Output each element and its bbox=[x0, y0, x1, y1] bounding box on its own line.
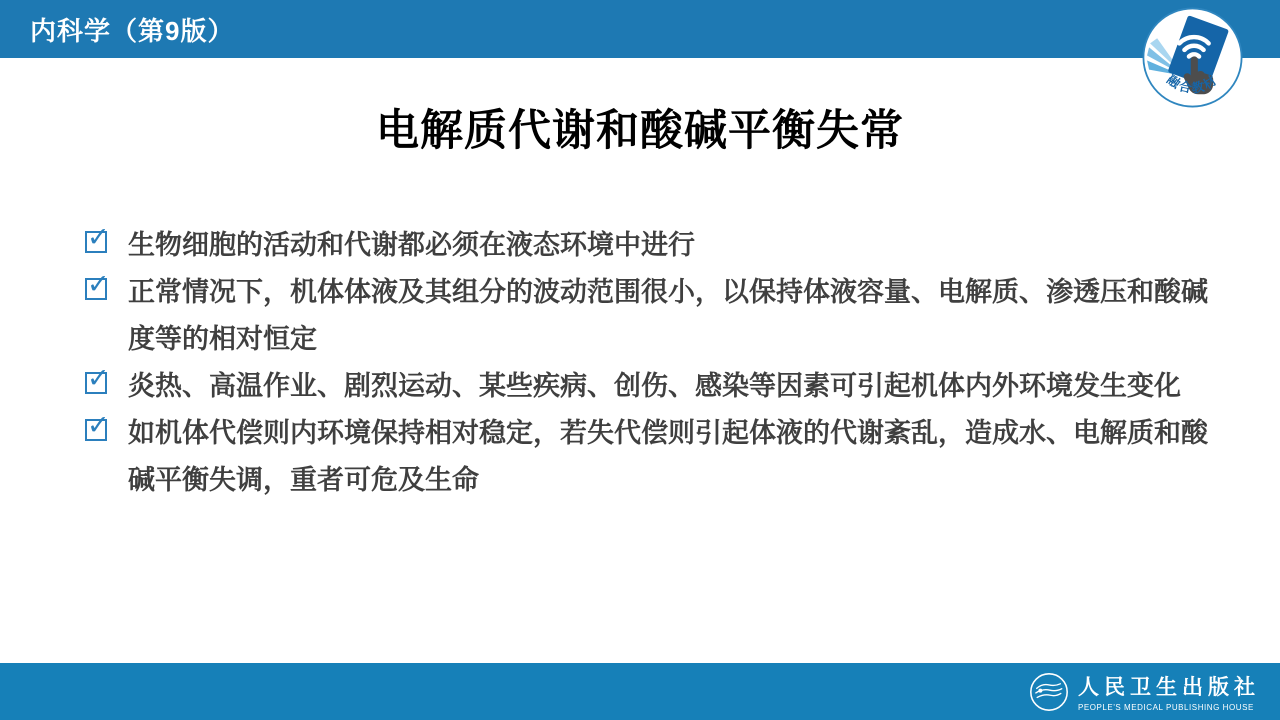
bullet-item: ✓ 如机体代偿则内环境保持相对稳定，若失代偿则引起体液的代谢紊乱，造成水、电解质… bbox=[85, 410, 1212, 504]
checkbox-icon: ✓ bbox=[85, 419, 107, 441]
bullet-item: ✓ 生物细胞的活动和代谢都必须在液态环境中进行 bbox=[85, 222, 1212, 269]
page-title: 电解质代谢和酸碱平衡失常 bbox=[0, 97, 1280, 158]
bullet-text: 正常情况下，机体体液及其组分的波动范围很小，以保持体液容量、电解质、渗透压和酸碱… bbox=[128, 269, 1212, 363]
bullet-text: 炎热、高温作业、剧烈运动、某些疾病、创伤、感染等因素可引起机体内外环境发生变化 bbox=[128, 363, 1212, 410]
publisher-logo: 人民卫生出版社 PEOPLE'S MEDICAL PUBLISHING HOUS… bbox=[1029, 671, 1260, 712]
checkbox-icon: ✓ bbox=[85, 372, 107, 394]
header-bar: 内科学（第9版） bbox=[0, 0, 1280, 58]
publisher-name-en: PEOPLE'S MEDICAL PUBLISHING HOUSE bbox=[1078, 703, 1254, 712]
bullet-list: ✓ 生物细胞的活动和代谢都必须在液态环境中进行 ✓ 正常情况下，机体体液及其组分… bbox=[85, 222, 1212, 504]
publisher-emblem-icon bbox=[1029, 672, 1069, 712]
publisher-name: 人民卫生出版社 PEOPLE'S MEDICAL PUBLISHING HOUS… bbox=[1078, 671, 1260, 712]
checkbox-icon: ✓ bbox=[85, 231, 107, 253]
fusion-badge-icon: 融合教材 bbox=[1142, 7, 1243, 108]
bullet-item: ✓ 正常情况下，机体体液及其组分的波动范围很小，以保持体液容量、电解质、渗透压和… bbox=[85, 269, 1212, 363]
course-title: 内科学（第9版） bbox=[30, 11, 234, 48]
footer-bar: 人民卫生出版社 PEOPLE'S MEDICAL PUBLISHING HOUS… bbox=[0, 663, 1280, 720]
slide-canvas: 内科学（第9版） 融合教材 电解质代谢和酸碱 bbox=[0, 0, 1280, 720]
bullet-item: ✓ 炎热、高温作业、剧烈运动、某些疾病、创伤、感染等因素可引起机体内外环境发生变… bbox=[85, 363, 1212, 410]
fusion-textbook-badge: 融合教材 bbox=[1142, 7, 1243, 108]
bullet-text: 如机体代偿则内环境保持相对稳定，若失代偿则引起体液的代谢紊乱，造成水、电解质和酸… bbox=[128, 410, 1212, 504]
bullet-text: 生物细胞的活动和代谢都必须在液态环境中进行 bbox=[128, 222, 1212, 269]
publisher-name-cn: 人民卫生出版社 bbox=[1078, 671, 1260, 701]
checkbox-icon: ✓ bbox=[85, 278, 107, 300]
